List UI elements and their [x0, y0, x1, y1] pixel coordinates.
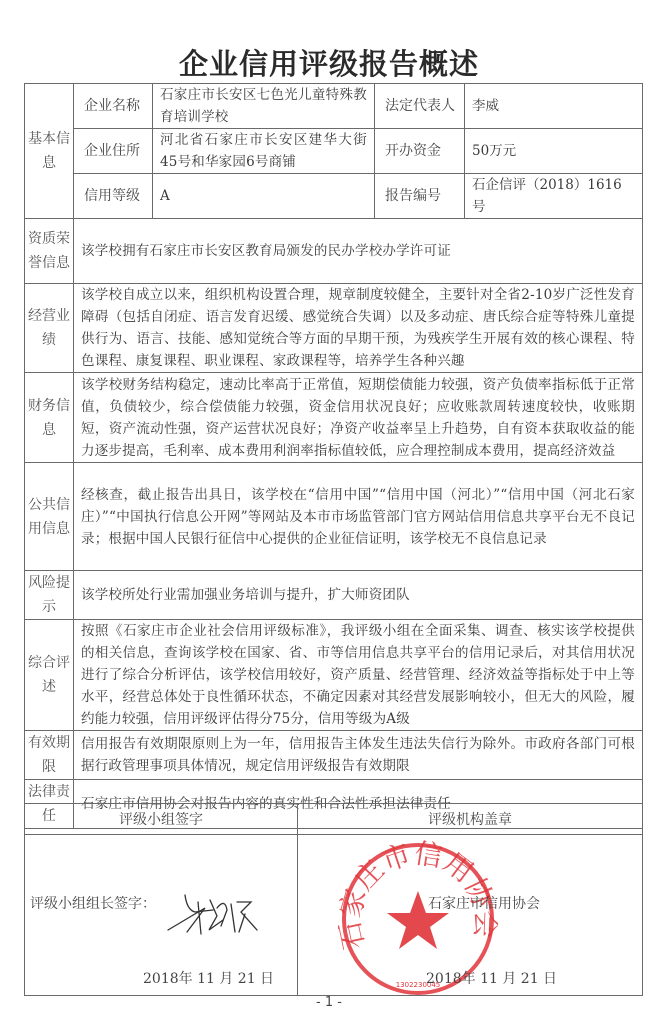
field-label-legal-rep: 法定代表人 — [375, 84, 465, 129]
signature-header-seal: 评级机构盖章 — [298, 804, 643, 835]
field-label-credit-grade: 信用等级 — [74, 174, 153, 219]
section-label: 资质荣誉信息 — [25, 219, 74, 284]
field-label-capital: 开办资金 — [375, 129, 465, 174]
section-label: 经营业绩 — [25, 284, 74, 373]
section-label: 风险提示 — [25, 571, 74, 620]
document-title: 企业信用评级报告概述 — [0, 42, 658, 83]
section-row-qualification: 资质荣誉信息 该学校拥有石家庄市长安区教育局颁发的民办学校办学许可证 — [25, 219, 643, 284]
section-label: 综合评述 — [25, 620, 74, 731]
field-value-credit-grade: A — [153, 174, 375, 219]
handwritten-signature-icon — [165, 890, 275, 940]
section-text: 该学校自成立以来，组织机构设置合理，规章制度较健全，主要针对全省2-10岁广泛性… — [74, 284, 643, 373]
signature-header-team: 评级小组签字 — [25, 804, 298, 835]
page-number: - 1 - — [0, 995, 658, 1010]
section-label-basic-info: 基本信息 — [25, 84, 74, 219]
field-label-company-name: 企业名称 — [74, 84, 153, 129]
section-text: 按照《石家庄市企业社会信用评级标准》，我评级小组在全面采集、调查、核实该学校提供… — [74, 620, 643, 731]
field-value-company-name: 石家庄市长安区七色光儿童特殊教育培训学校 — [153, 84, 375, 129]
section-row-risk: 风险提示 该学校所处行业需加强业务培训与提升，扩大师资团队 — [25, 571, 643, 620]
field-label-report-number: 报告编号 — [375, 174, 465, 219]
seal-date: 2018年 11 月 21 日 — [426, 968, 557, 988]
section-text: 该学校所处行业需加强业务培训与提升，扩大师资团队 — [74, 571, 643, 620]
section-text: 该学校财务结构稳定，速动比率高于正常值，短期偿债能力较强，资产负债率指标低于正常… — [74, 373, 643, 463]
section-row-summary: 综合评述 按照《石家庄市企业社会信用评级标准》，我评级小组在全面采集、调查、核实… — [25, 620, 643, 731]
basic-info-row: 信用等级 A 报告编号 石企信评（2018）1616号 — [25, 174, 643, 219]
section-row-finance: 财务信息 该学校财务结构稳定，速动比率高于正常值，短期偿债能力较强，资产负债率指… — [25, 373, 643, 463]
section-text: 信用报告有效期限原则上为一年，信用报告主体发生违法失信行为除外。市政府各部门可根… — [74, 731, 643, 780]
field-value-report-number: 石企信评（2018）1616号 — [465, 174, 643, 219]
field-value-address: 河北省石家庄市长安区建华大街45号和华家园6号商铺 — [153, 129, 375, 174]
signature-table: 评级小组签字 评级机构盖章 评级小组组长签字： 2018年 11 月 21 日 — [24, 803, 643, 996]
org-seal-cell: 石家庄市信用协会 1302230045 石家庄市信用协会 2018年 11 月 … — [298, 835, 643, 996]
section-row-public-credit: 公共信用信息 经核查，截止报告出具日，该学校在“信用中国”“信用中国（河北）”“… — [25, 463, 643, 571]
leader-signature-label: 评级小组组长签字： — [30, 893, 156, 913]
section-text: 该学校拥有石家庄市长安区教育局颁发的民办学校办学许可证 — [74, 219, 643, 284]
section-row-validity: 有效期限 信用报告有效期限原则上为一年，信用报告主体发生违法失信行为除外。市政府… — [25, 731, 643, 780]
field-value-capital: 50万元 — [465, 129, 643, 174]
field-value-legal-rep: 李威 — [465, 84, 643, 129]
section-text: 经核查，截止报告出具日，该学校在“信用中国”“信用中国（河北）”“信用中国（河北… — [74, 463, 643, 571]
basic-info-row: 企业住所 河北省石家庄市长安区建华大街45号和华家园6号商铺 开办资金 50万元 — [25, 129, 643, 174]
team-sign-date: 2018年 11 月 21 日 — [143, 968, 274, 988]
basic-info-row: 基本信息 企业名称 石家庄市长安区七色光儿童特殊教育培训学校 法定代表人 李威 — [25, 84, 643, 129]
section-label: 有效期限 — [25, 731, 74, 780]
org-name: 石家庄市信用协会 — [428, 893, 540, 913]
field-label-address: 企业住所 — [74, 129, 153, 174]
report-table: 基本信息 企业名称 石家庄市长安区七色光儿童特殊教育培训学校 法定代表人 李威 … — [24, 83, 643, 829]
section-row-performance: 经营业绩 该学校自成立以来，组织机构设置合理，规章制度较健全，主要针对全省2-1… — [25, 284, 643, 373]
section-label: 财务信息 — [25, 373, 74, 463]
team-signature-cell: 评级小组组长签字： 2018年 11 月 21 日 — [25, 835, 298, 996]
section-label: 公共信用信息 — [25, 463, 74, 571]
